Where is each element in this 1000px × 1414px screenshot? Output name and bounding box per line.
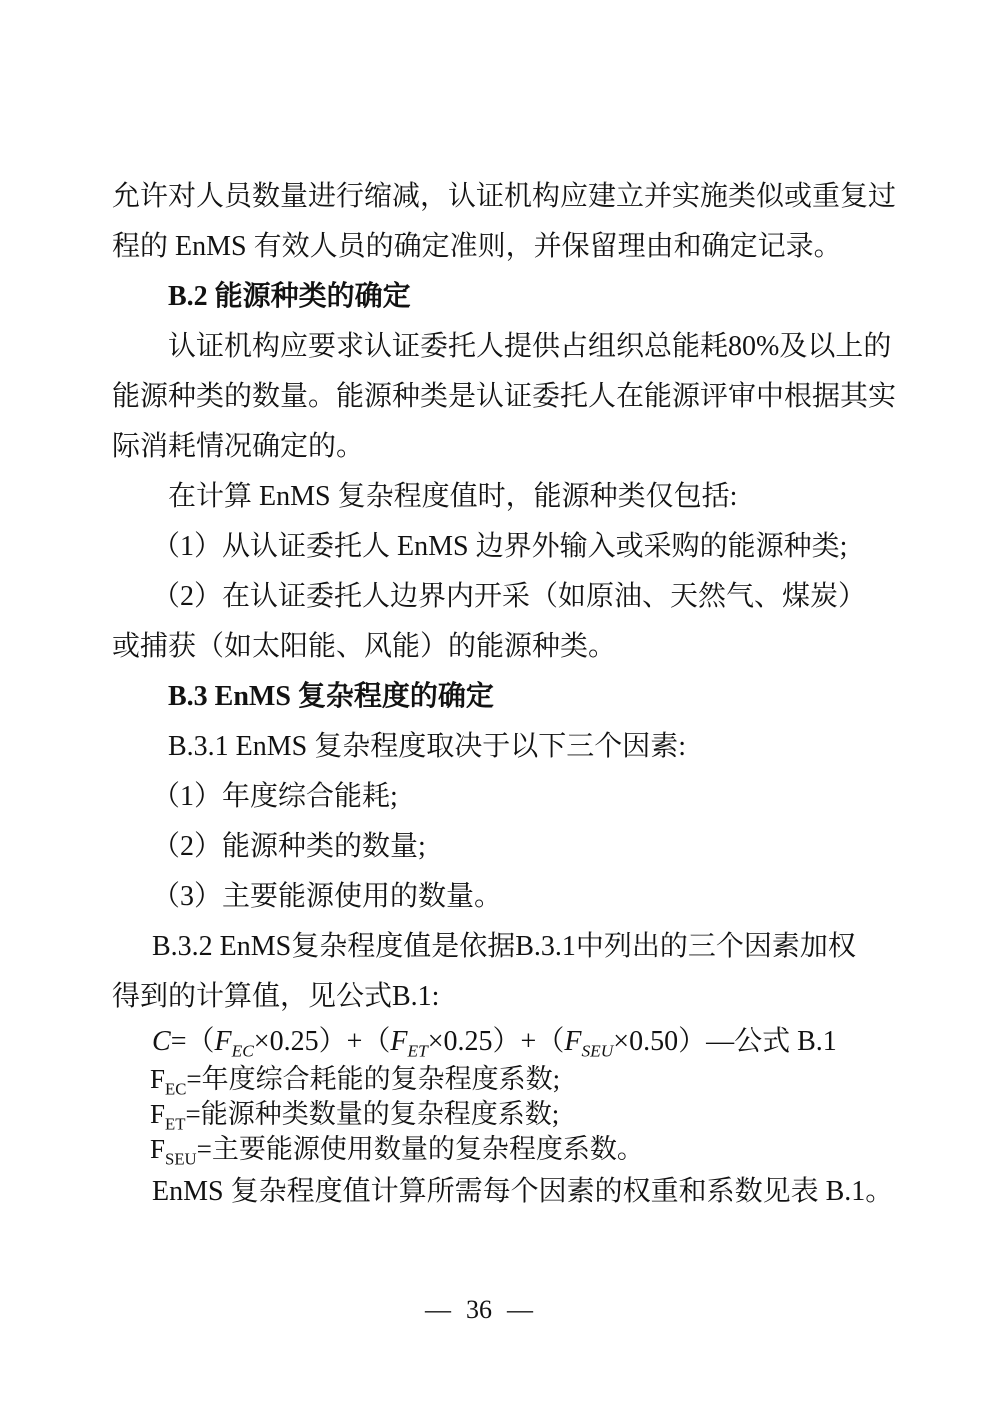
paragraph-line: 在计算 EnMS 复杂程度值时，能源种类仅包括: bbox=[112, 472, 898, 522]
formula-segment: ×0.50） bbox=[613, 1026, 706, 1057]
paragraph-line: 得到的计算值，见公式B.1: bbox=[112, 972, 898, 1022]
list-item-3: （3）主要能源使用的数量。 bbox=[112, 872, 898, 922]
formula-segment: ×0.25）+（ bbox=[428, 1026, 565, 1057]
heading-b3: B.3 EnMS 复杂程度的确定 bbox=[112, 672, 898, 722]
closing-paragraph: EnMS 复杂程度值计算所需每个因素的权重和系数见表 B.1。 bbox=[112, 1167, 898, 1217]
note-subscript: EC bbox=[165, 1079, 186, 1098]
note-text: =能源种类数量的复杂程度系数; bbox=[185, 1099, 559, 1129]
page-number-value: 36 bbox=[466, 1295, 492, 1324]
document-page: 允许对人员数量进行缩减，认证机构应建立并实施类似或重复过 程的 EnMS 有效人… bbox=[0, 0, 1000, 1414]
formula-var-c: C bbox=[152, 1026, 171, 1057]
formula-var-f: F bbox=[390, 1026, 407, 1057]
paragraph-line: 能源种类的数量。能源种类是认证委托人在能源评审中根据其实 bbox=[112, 372, 898, 422]
paragraph-line: 或捕获（如太阳能、风能）的能源种类。 bbox=[112, 622, 898, 672]
formula-note-fec: FEC=年度综合耗能的复杂程度系数; bbox=[150, 1062, 898, 1097]
note-var: F bbox=[150, 1099, 165, 1129]
formula-subscript-et: ET bbox=[407, 1042, 427, 1061]
list-item-2: （2）在认证委托人边界内开采（如原油、天然气、煤炭） bbox=[112, 572, 898, 622]
formula-label: —公式 B.1 bbox=[706, 1026, 837, 1057]
paragraph-line: 际消耗情况确定的。 bbox=[112, 422, 898, 472]
list-item-2: （2）能源种类的数量; bbox=[112, 822, 898, 872]
formula-note-fseu: FSEU=主要能源使用数量的复杂程度系数。 bbox=[150, 1132, 898, 1167]
formula-segment: ×0.25）+（ bbox=[254, 1026, 391, 1057]
note-subscript: ET bbox=[165, 1114, 185, 1133]
paragraph-line: 认证机构应要求认证委托人提供占组织总能耗80%及以上的 bbox=[112, 322, 898, 372]
paragraph-b32: B.3.2 EnMS复杂程度值是依据B.3.1中列出的三个因素加权 bbox=[112, 922, 898, 972]
page-number: —36— bbox=[0, 1285, 979, 1335]
note-var: F bbox=[150, 1064, 165, 1094]
heading-b2: B.2 能源种类的确定 bbox=[112, 272, 898, 322]
paragraph-line: 允许对人员数量进行缩减，认证机构应建立并实施类似或重复过 bbox=[112, 172, 898, 222]
formula-subscript-ec: EC bbox=[232, 1042, 254, 1061]
formula-segment: =（ bbox=[171, 1026, 215, 1057]
list-item-1: （1）年度综合能耗; bbox=[112, 772, 898, 822]
paragraph-b31: B.3.1 EnMS 复杂程度取决于以下三个因素: bbox=[112, 722, 898, 772]
formula-var-f: F bbox=[564, 1026, 581, 1057]
note-text: =主要能源使用数量的复杂程度系数。 bbox=[197, 1134, 644, 1164]
note-var: F bbox=[150, 1134, 165, 1164]
page-number-dash-left: — bbox=[425, 1295, 451, 1324]
list-item-1: （1）从认证委托人 EnMS 边界外输入或采购的能源种类; bbox=[112, 522, 898, 572]
document-content: 允许对人员数量进行缩减，认证机构应建立并实施类似或重复过 程的 EnMS 有效人… bbox=[112, 172, 898, 1217]
formula-note-fet: FET=能源种类数量的复杂程度系数; bbox=[150, 1097, 898, 1132]
note-text: =年度综合耗能的复杂程度系数; bbox=[186, 1064, 560, 1094]
note-subscript: SEU bbox=[165, 1149, 197, 1168]
page-number-dash-right: — bbox=[507, 1295, 533, 1324]
formula-b1: C=（FEC×0.25）+（FET×0.25）+（FSEU×0.50）—公式 B… bbox=[152, 1022, 898, 1062]
formula-var-f: F bbox=[214, 1026, 231, 1057]
formula-subscript-seu: SEU bbox=[581, 1042, 613, 1061]
paragraph-line: 程的 EnMS 有效人员的确定准则，并保留理由和确定记录。 bbox=[112, 222, 898, 272]
